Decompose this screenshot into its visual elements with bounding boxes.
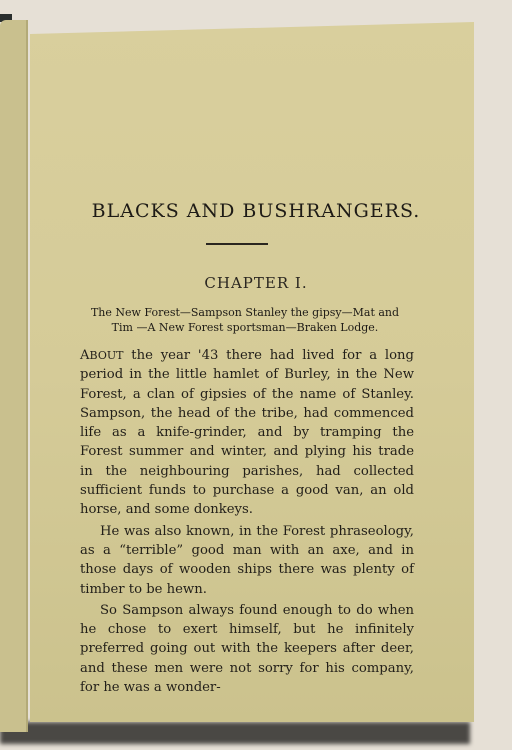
chapter-body: ABOUT the year '43 there had lived for a… (80, 346, 414, 697)
smallcaps: BOUT (90, 349, 124, 362)
paragraph-1: ABOUT the year '43 there had lived for a… (80, 346, 414, 520)
paragraph-2: He was also known, in the Forest phraseo… (80, 522, 414, 599)
book-shadow (0, 722, 470, 744)
book-title: BLACKS AND BUSHRANGERS. (0, 200, 512, 222)
chapter-summary: The New Forest—Sampson Stanley the gipsy… (80, 305, 410, 335)
dropcap: A (80, 348, 90, 363)
chapter-heading: CHAPTER I. (0, 274, 512, 292)
title-rule (206, 243, 268, 245)
left-page-edge (0, 20, 28, 732)
paragraph-3: So Sampson always found enough to do whe… (80, 601, 414, 697)
